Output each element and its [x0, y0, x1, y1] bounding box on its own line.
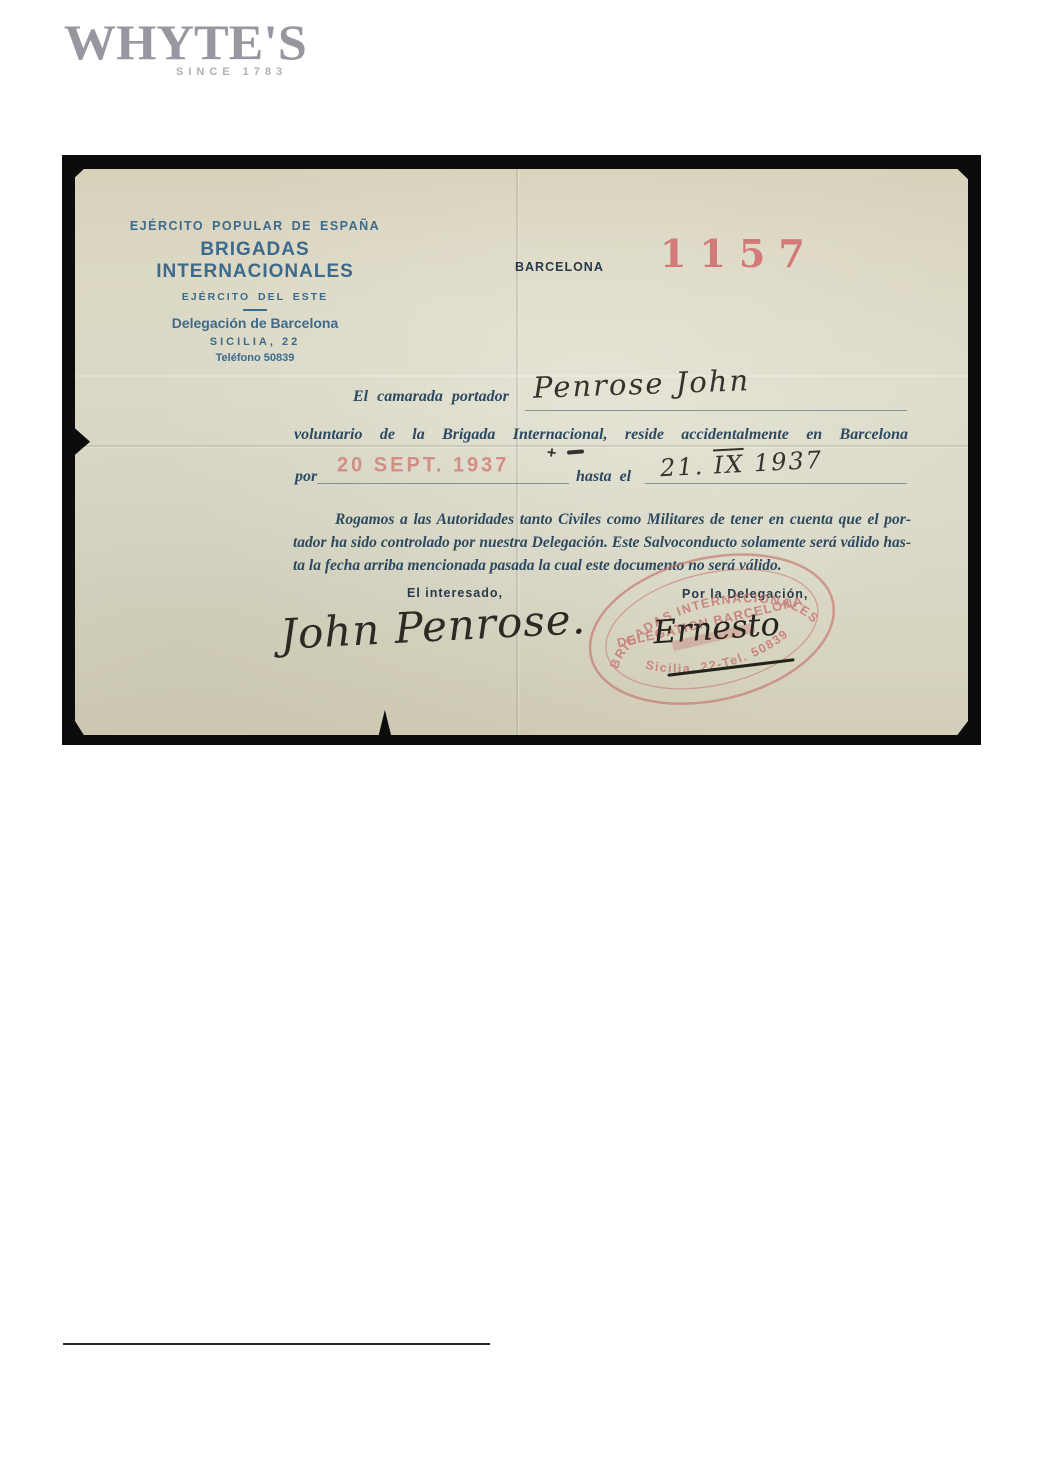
letterhead-address-line: SICILIA, 22: [120, 336, 390, 348]
catalogue-page: WHYTE'S SINCE 1783 EJÉRCITO POPULAR DE E…: [0, 0, 1040, 1471]
horizontal-fold-crease: [75, 445, 968, 447]
footnote-divider: [63, 1343, 490, 1345]
until-label: hasta el: [576, 468, 631, 486]
until-year: 1937: [753, 446, 823, 478]
whytes-logo: WHYTE'S SINCE 1783: [64, 18, 324, 88]
from-date-stamp: 20 SEPT. 1937: [337, 453, 509, 478]
letterhead-delegation-line: Delegación de Barcelona: [120, 315, 390, 331]
interested-party-label: El interesado,: [407, 586, 503, 600]
bearer-signature: John Penrose.: [279, 594, 587, 659]
faint-crease: [75, 375, 968, 377]
serial-number: 1157: [660, 231, 818, 276]
pen-mark-dash: [567, 449, 584, 454]
letterhead-phone-line: Teléfono 50839: [120, 352, 390, 364]
until-day: 21.: [659, 452, 705, 482]
letterhead-brigades-line: BRIGADAS INTERNACIONALES: [120, 239, 390, 283]
letterhead-divider: [243, 309, 267, 311]
city-label: BARCELONA: [515, 260, 604, 274]
until-month-roman: IX: [713, 450, 745, 480]
letterhead-east-army-line: EJÉRCITO DEL ESTE: [120, 291, 390, 303]
pen-mark-cross: +: [546, 444, 560, 460]
from-date-rule: [317, 483, 569, 484]
salvoconducto-document: EJÉRCITO POPULAR DE ESPAÑA BRIGADAS INTE…: [75, 169, 968, 735]
bearer-label: El camarada portador: [353, 388, 509, 406]
bearer-name-rule: [525, 410, 907, 411]
vertical-fold-crease: [516, 169, 518, 735]
letterhead-army-line: EJÉRCITO POPULAR DE ESPAÑA: [120, 219, 390, 233]
until-date-handwritten: 21. IX 1937: [659, 446, 823, 482]
brand-wordmark: WHYTE'S: [64, 19, 324, 68]
letterhead-block: EJÉRCITO POPULAR DE ESPAÑA BRIGADAS INTE…: [120, 219, 390, 364]
volunteer-residence-line: voluntario de la Brigada Internacional, …: [294, 426, 908, 444]
until-date-rule: [645, 483, 907, 484]
bearer-name-handwritten: Penrose John: [532, 363, 750, 405]
document-photo: EJÉRCITO POPULAR DE ESPAÑA BRIGADAS INTE…: [62, 155, 981, 745]
brand-tagline: SINCE 1783: [176, 66, 287, 78]
from-label: por: [295, 468, 317, 486]
